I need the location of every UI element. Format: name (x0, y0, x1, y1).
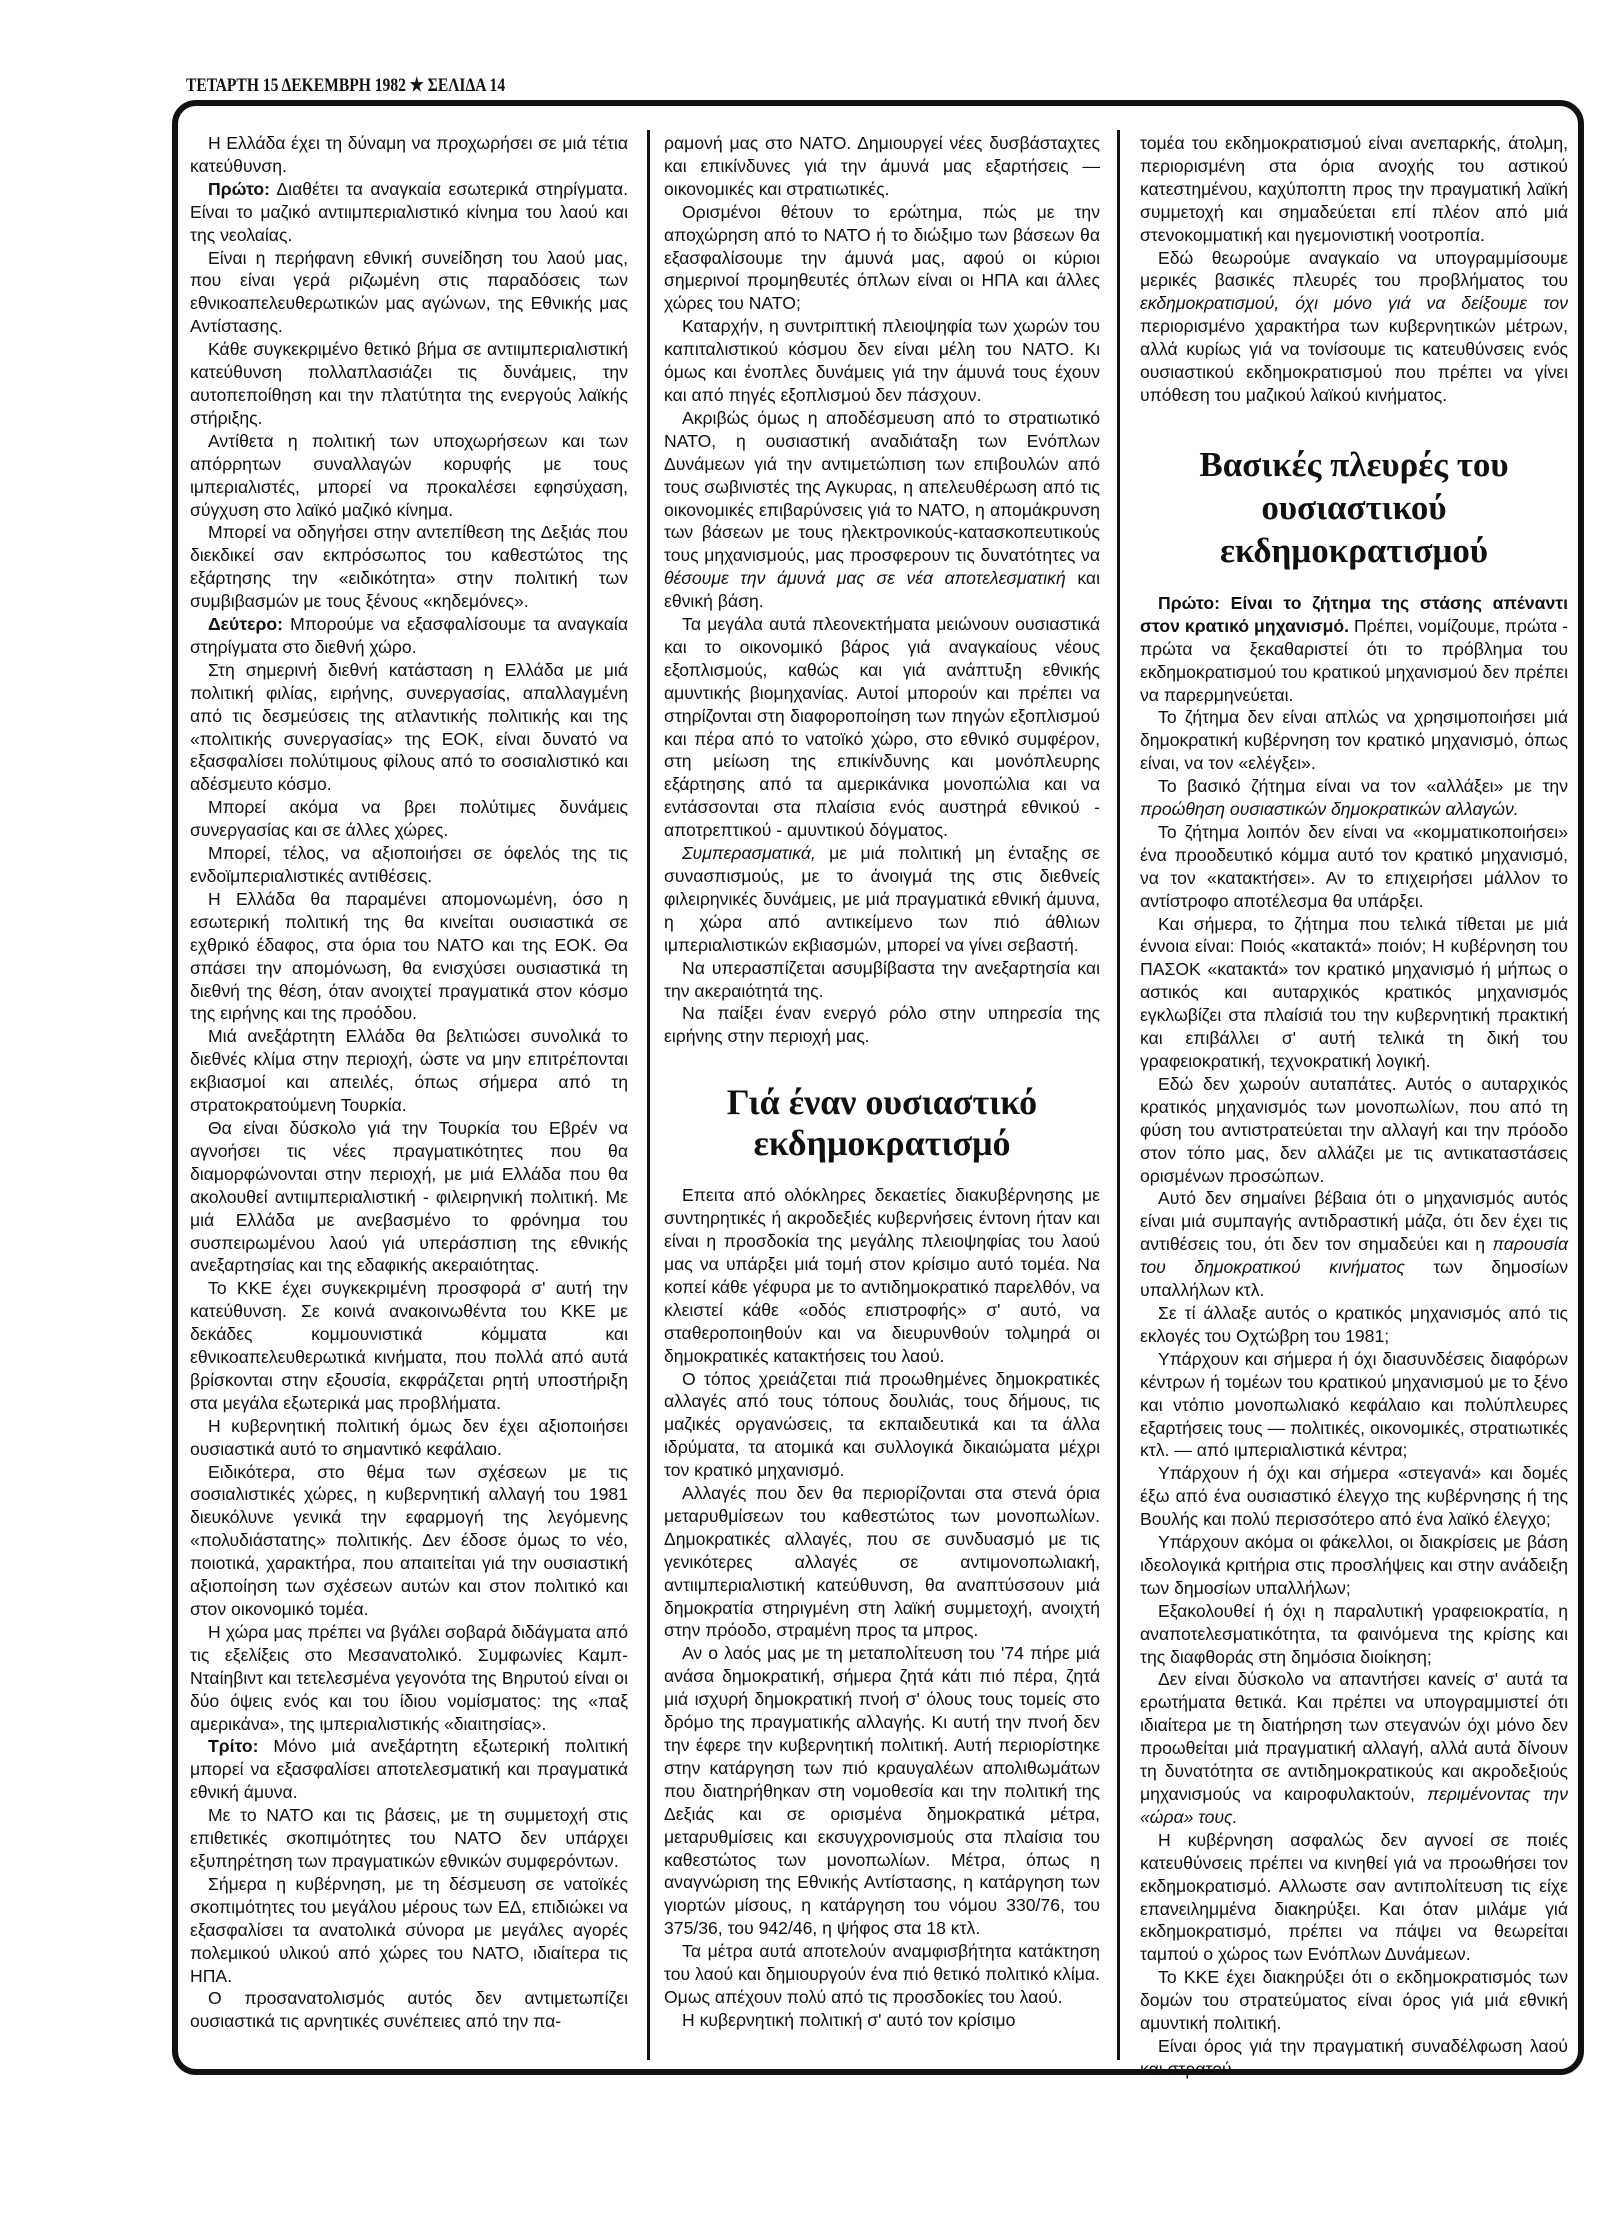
paragraph-text: Κάθε συγκεκριμένο θετικό βήμα σε αντιιμπ… (190, 339, 628, 428)
article-paragraph: Εδώ θεωρούμε αναγκαίο να υπογραμμίσουμε … (1140, 247, 1568, 407)
paragraph-text: Μιά ανεξάρτητη Ελλάδα θα βελτιώσει συνολ… (190, 1026, 628, 1115)
paragraph-italic: εκδημοκρατισμού, όχι μόνο γιά να δείξουμ… (1140, 293, 1568, 313)
article-paragraph: Καταρχήν, η συντριπτική πλειοψηφία των χ… (664, 315, 1100, 407)
paragraph-italic: προώθηση ουσιαστικών δημοκρατικών αλλαγώ… (1140, 799, 1519, 819)
article-paragraph: Η Ελλάδα έχει τη δύναμη να προχωρήσει σε… (190, 132, 628, 178)
article-paragraph: Η κυβερνητική πολιτική σ' αυτό τον κρίσι… (664, 2009, 1100, 2032)
article-paragraph: Θα είναι δύσκολο γιά την Τουρκία του Εβρ… (190, 1117, 628, 1277)
paragraph-text: Σήμερα η κυβέρνηση, με τη δέσμευση σε να… (190, 1874, 628, 1986)
article-paragraph: Ο τόπος χρειάζεται πιά προωθημένες δημοκ… (664, 1368, 1100, 1483)
paragraph-text: Η χώρα μας πρέπει να βγάλει σοβαρά διδάγ… (190, 1622, 628, 1734)
article-paragraph: Υπάρχουν ή όχι και σήμερα «στεγανά» και … (1140, 1462, 1568, 1531)
article-paragraph: Σε τί άλλαξε αυτός ο κρατικός μηχανισμός… (1140, 1302, 1568, 1348)
article-paragraph: Εδώ δεν χωρούν αυταπάτες. Αυτός ο αυταρχ… (1140, 1073, 1568, 1188)
article-paragraph: ραμονή μας στο ΝΑΤΟ. Δημιουργεί νέες δυσ… (664, 132, 1100, 201)
paragraph-text: Σε τί άλλαξε αυτός ο κρατικός μηχανισμός… (1140, 1303, 1568, 1346)
article-paragraph: Εξακολουθεί ή όχι η παραλυτική γραφειοκρ… (1140, 1600, 1568, 1669)
article-column-middle: ραμονή μας στο ΝΑΤΟ. Δημιουργεί νέες δυσ… (664, 132, 1100, 2032)
paragraph-text: Αντίθετα η πολιτική των υποχωρήσεων και … (190, 431, 628, 520)
paragraph-text: Το ΚΚΕ έχει συγκεκριμένη προσφορά σ' αυτ… (190, 1278, 628, 1413)
paragraph-text: Μπορεί, τέλος, να αξιοποιήσει σε όφελός … (190, 843, 628, 886)
article-paragraph: Κάθε συγκεκριμένο θετικό βήμα σε αντιιμπ… (190, 338, 628, 430)
article-paragraph: Το βασικό ζήτημα είναι να τον «αλλάξει» … (1140, 775, 1568, 821)
paragraph-text: τομέα του εκδημοκρατισμού είναι ανεπαρκή… (1140, 133, 1568, 245)
article-paragraph: Αυτό δεν σημαίνει βέβαια ότι ο μηχανισμό… (1140, 1187, 1568, 1302)
article-paragraph: Επειτα από ολόκληρες δεκαετίες διακυβέρν… (664, 1184, 1100, 1367)
paragraph-text: Υπάρχουν ή όχι και σήμερα «στεγανά» και … (1140, 1463, 1568, 1529)
paragraph-text: Η Ελλάδα θα παραμένει απομονωμένη, όσο η… (190, 889, 628, 1024)
article-column-right: τομέα του εκδημοκρατισμού είναι ανεπαρκή… (1140, 132, 1568, 2081)
paragraph-text: Και σήμερα, το ζήτημα που τελικά τίθεται… (1140, 914, 1568, 1071)
article-paragraph: Δεύτερο: Μπορούμε να εξασφαλίσουμε τα αν… (190, 613, 628, 659)
article-paragraph: Μιά ανεξάρτητη Ελλάδα θα βελτιώσει συνολ… (190, 1025, 628, 1117)
article-paragraph: Και σήμερα, το ζήτημα που τελικά τίθεται… (1140, 913, 1568, 1073)
article-paragraph: Το ζήτημα δεν είναι απλώς να χρησιμοποιή… (1140, 706, 1568, 775)
article-paragraph: Να παίξει έναν ενεργό ρόλο στην υπηρεσία… (664, 1002, 1100, 1048)
paragraph-text: Μπορεί ακόμα να βρει πολύτιμες δυνάμεις … (190, 797, 628, 840)
article-paragraph: Ορισμένοι θέτουν το ερώτημα, πώς με την … (664, 201, 1100, 316)
paragraph-text: Να παίξει έναν ενεργό ρόλο στην υπηρεσία… (664, 1003, 1100, 1046)
article-paragraph: Μπορεί ακόμα να βρει πολύτιμες δυνάμεις … (190, 796, 628, 842)
paragraph-lead: Δεύτερο: (208, 614, 283, 634)
paragraph-text: Τα μέτρα αυτά αποτελούν αναμφισβήτητα κα… (664, 1941, 1100, 2007)
paragraph-text: Υπάρχουν ακόμα οι φάκελλοι, οι διακρίσει… (1140, 1532, 1568, 1598)
paragraph-text: Η Ελλάδα έχει τη δύναμη να προχωρήσει σε… (190, 133, 628, 176)
paragraph-text: Στη σημερινή διεθνή κατάσταση η Ελλάδα μ… (190, 660, 628, 795)
article-paragraph: τομέα του εκδημοκρατισμού είναι ανεπαρκή… (1140, 132, 1568, 247)
column-divider (647, 130, 650, 2060)
paragraph-text: Αν ο λαός μας με τη μεταπολίτευση του '7… (664, 1643, 1100, 1938)
paragraph-text: Ακριβώς όμως η αποδέσμευση από το στρατι… (664, 408, 1100, 565)
paragraph-text: Εδώ δεν χωρούν αυταπάτες. Αυτός ο αυταρχ… (1140, 1074, 1568, 1186)
paragraph-text: Η κυβερνητική πολιτική σ' αυτό τον κρίσι… (682, 2010, 1015, 2030)
article-paragraph: Η Ελλάδα θα παραμένει απομονωμένη, όσο η… (190, 888, 628, 1025)
article-paragraph: Τα μέτρα αυτά αποτελούν αναμφισβήτητα κα… (664, 1940, 1100, 2009)
article-paragraph: Δεν είναι δύσκολο να απαντήσει κανείς σ'… (1140, 1668, 1568, 1828)
paragraph-text: Μπορεί να οδηγήσει στην αντεπίθεση της Δ… (190, 522, 628, 611)
paragraph-text: Είναι όρος γιά την πραγματική συναδέλφωσ… (1140, 2036, 1568, 2079)
paragraph-text: ραμονή μας στο ΝΑΤΟ. Δημιουργεί νέες δυσ… (664, 133, 1100, 199)
paragraph-text: Αλλαγές που δεν θα περιορίζονται στα στε… (664, 1483, 1100, 1640)
article-paragraph: Το ΚΚΕ έχει συγκεκριμένη προσφορά σ' αυτ… (190, 1277, 628, 1414)
paragraph-tail: περιορισμένο χαρακτήρα των κυβερνητικών … (1140, 316, 1568, 405)
paragraph-italic-lead: Συμπερασματικά, (682, 843, 816, 863)
article-paragraph: Αλλαγές που δεν θα περιορίζονται στα στε… (664, 1482, 1100, 1642)
article-paragraph: Υπάρχουν και σήμερα ή όχι διασυνδέσεις δ… (1140, 1348, 1568, 1463)
paragraph-text: Καταρχήν, η συντριπτική πλειοψηφία των χ… (664, 316, 1100, 405)
article-paragraph: Είναι η περήφανη εθνική συνείδηση του λα… (190, 247, 628, 339)
section-headline: Γιά έναν ουσιαστικό εκδημοκρατισμό (664, 1082, 1100, 1164)
article-paragraph: Ο προσανατολισμός αυτός δεν αντιμετωπίζε… (190, 1987, 628, 2033)
article-paragraph: Η χώρα μας πρέπει να βγάλει σοβαρά διδάγ… (190, 1621, 628, 1736)
article-paragraph: Μπορεί να οδηγήσει στην αντεπίθεση της Δ… (190, 521, 628, 613)
section-headline: Βασικές πλευρές του ουσιαστικού εκδημοκρ… (1140, 443, 1568, 572)
paragraph-text: Να υπερασπίζεται ασυμβίβαστα την ανεξαρτ… (664, 958, 1100, 1001)
paragraph-text: Ο προσανατολισμός αυτός δεν αντιμετωπίζε… (190, 1988, 628, 2031)
page-dateline: ΤΕΤΑΡΤΗ 15 ΔΕΚΕΜΒΡΗ 1982 ★ ΣΕΛΙΔΑ 14 (186, 74, 505, 97)
article-paragraph: Τα μεγάλα αυτά πλεονεκτήματα μειώνουν ου… (664, 613, 1100, 842)
article-paragraph: Πρώτο: Διαθέτει τα αναγκαία εσωτερικά στ… (190, 178, 628, 247)
article-paragraph: Ακριβώς όμως η αποδέσμευση από το στρατι… (664, 407, 1100, 613)
paragraph-lead: Πρώτο: (208, 179, 270, 199)
article-paragraph: Ειδικότερα, στο θέμα των σχέσεων με τις … (190, 1461, 628, 1621)
paragraph-text: Με το ΝΑΤΟ και τις βάσεις, με τη συμμετο… (190, 1805, 628, 1871)
article-paragraph: Το ΚΚΕ έχει διακηρύξει ότι ο εκδημοκρατι… (1140, 1966, 1568, 2035)
article-paragraph: Μπορεί, τέλος, να αξιοποιήσει σε όφελός … (190, 842, 628, 888)
article-paragraph: Το ζήτημα λοιπόν δεν είναι να «κομματικο… (1140, 821, 1568, 913)
paragraph-text: Υπάρχουν και σήμερα ή όχι διασυνδέσεις δ… (1140, 1349, 1568, 1461)
paragraph-text: Η κυβερνητική πολιτική όμως δεν έχει αξι… (190, 1416, 628, 1459)
article-paragraph: Η κυβέρνηση ασφαλώς δεν αγνοεί σε ποιές … (1140, 1829, 1568, 1966)
paragraph-text: Εξακολουθεί ή όχι η παραλυτική γραφειοκρ… (1140, 1601, 1568, 1667)
paragraph-text: Το ζήτημα λοιπόν δεν είναι να «κομματικο… (1140, 822, 1568, 911)
paragraph-text: Το ΚΚΕ έχει διακηρύξει ότι ο εκδημοκρατι… (1140, 1967, 1568, 2033)
article-paragraph: Η κυβερνητική πολιτική όμως δεν έχει αξι… (190, 1415, 628, 1461)
article-paragraph: Αντίθετα η πολιτική των υποχωρήσεων και … (190, 430, 628, 522)
article-paragraph: Τρίτο: Μόνο μιά ανεξάρτητη εξωτερική πολ… (190, 1735, 628, 1804)
paragraph-text: Ο τόπος χρειάζεται πιά προωθημένες δημοκ… (664, 1369, 1100, 1481)
paragraph-text: Ειδικότερα, στο θέμα των σχέσεων με τις … (190, 1462, 628, 1619)
paragraph-text: Εδώ θεωρούμε αναγκαίο να υπογραμμίσουμε … (1140, 248, 1568, 291)
paragraph-text: Θα είναι δύσκολο γιά την Τουρκία του Εβρ… (190, 1118, 628, 1275)
paragraph-text: Η κυβέρνηση ασφαλώς δεν αγνοεί σε ποιές … (1140, 1830, 1568, 1965)
article-paragraph: Είναι όρος γιά την πραγματική συναδέλφωσ… (1140, 2035, 1568, 2081)
paragraph-italic: θέσουμε την άμυνά μας σε νέα αποτελεσματ… (664, 568, 1066, 588)
article-paragraph: Αν ο λαός μας με τη μεταπολίτευση του '7… (664, 1642, 1100, 1940)
paragraph-text: Επειτα από ολόκληρες δεκαετίες διακυβέρν… (664, 1185, 1100, 1365)
paragraph-text: Ορισμένοι θέτουν το ερώτημα, πώς με την … (664, 202, 1100, 314)
article-paragraph: Πρώτο: Είναι το ζήτημα της στάσης απέναν… (1140, 592, 1568, 707)
article-paragraph: Στη σημερινή διεθνή κατάσταση η Ελλάδα μ… (190, 659, 628, 796)
article-paragraph: Να υπερασπίζεται ασυμβίβαστα την ανεξαρτ… (664, 957, 1100, 1003)
column-divider (1117, 130, 1120, 2060)
article-column-left: Η Ελλάδα έχει τη δύναμη να προχωρήσει σε… (190, 132, 628, 2033)
paragraph-lead: Τρίτο: (208, 1736, 259, 1756)
paragraph-text: Το βασικό ζήτημα είναι να τον «αλλάξει» … (1158, 776, 1568, 796)
article-paragraph: Συμπερασματικά, με μιά πολιτική μη ένταξ… (664, 842, 1100, 957)
article-paragraph: Σήμερα η κυβέρνηση, με τη δέσμευση σε να… (190, 1873, 628, 1988)
paragraph-text: Το ζήτημα δεν είναι απλώς να χρησιμοποιή… (1140, 707, 1568, 773)
article-paragraph: Υπάρχουν ακόμα οι φάκελλοι, οι διακρίσει… (1140, 1531, 1568, 1600)
paragraph-text: Είναι η περήφανη εθνική συνείδηση του λα… (190, 248, 628, 337)
article-paragraph: Με το ΝΑΤΟ και τις βάσεις, με τη συμμετο… (190, 1804, 628, 1873)
paragraph-text: Τα μεγάλα αυτά πλεονεκτήματα μειώνουν ου… (664, 614, 1100, 840)
